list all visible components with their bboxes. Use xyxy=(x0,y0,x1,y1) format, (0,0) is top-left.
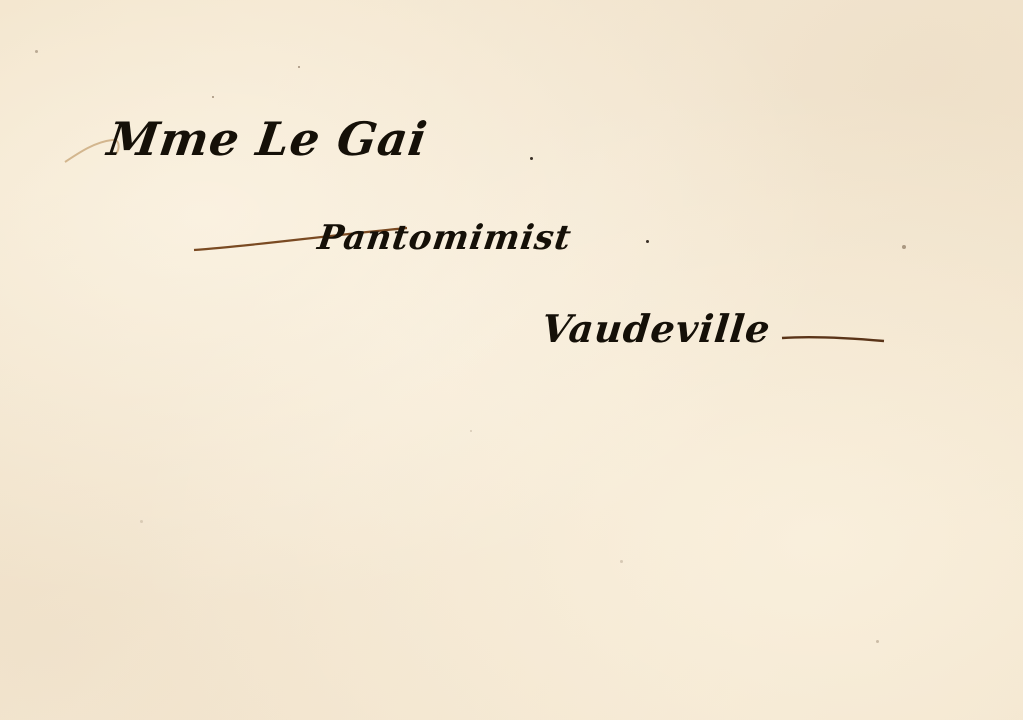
paper-speck xyxy=(212,96,214,98)
aged-paper-card: Mme Le Gai Pantomimist Vaudeville xyxy=(0,0,1023,720)
paper-speck xyxy=(876,640,879,643)
trailing-flourish-line3 xyxy=(780,328,890,348)
handwritten-occupation: Pantomimist xyxy=(315,218,574,258)
handwritten-name: Mme Le Gai xyxy=(104,112,431,166)
paper-speck xyxy=(298,66,300,68)
paper-speck xyxy=(902,245,906,249)
paper-speck xyxy=(35,50,38,53)
paper-speck xyxy=(470,430,472,432)
trailing-dot xyxy=(530,157,533,160)
handwritten-venue: Vaudeville xyxy=(540,306,773,351)
paper-speck xyxy=(140,520,143,523)
trailing-dot xyxy=(646,240,649,243)
paper-speck xyxy=(620,560,623,563)
